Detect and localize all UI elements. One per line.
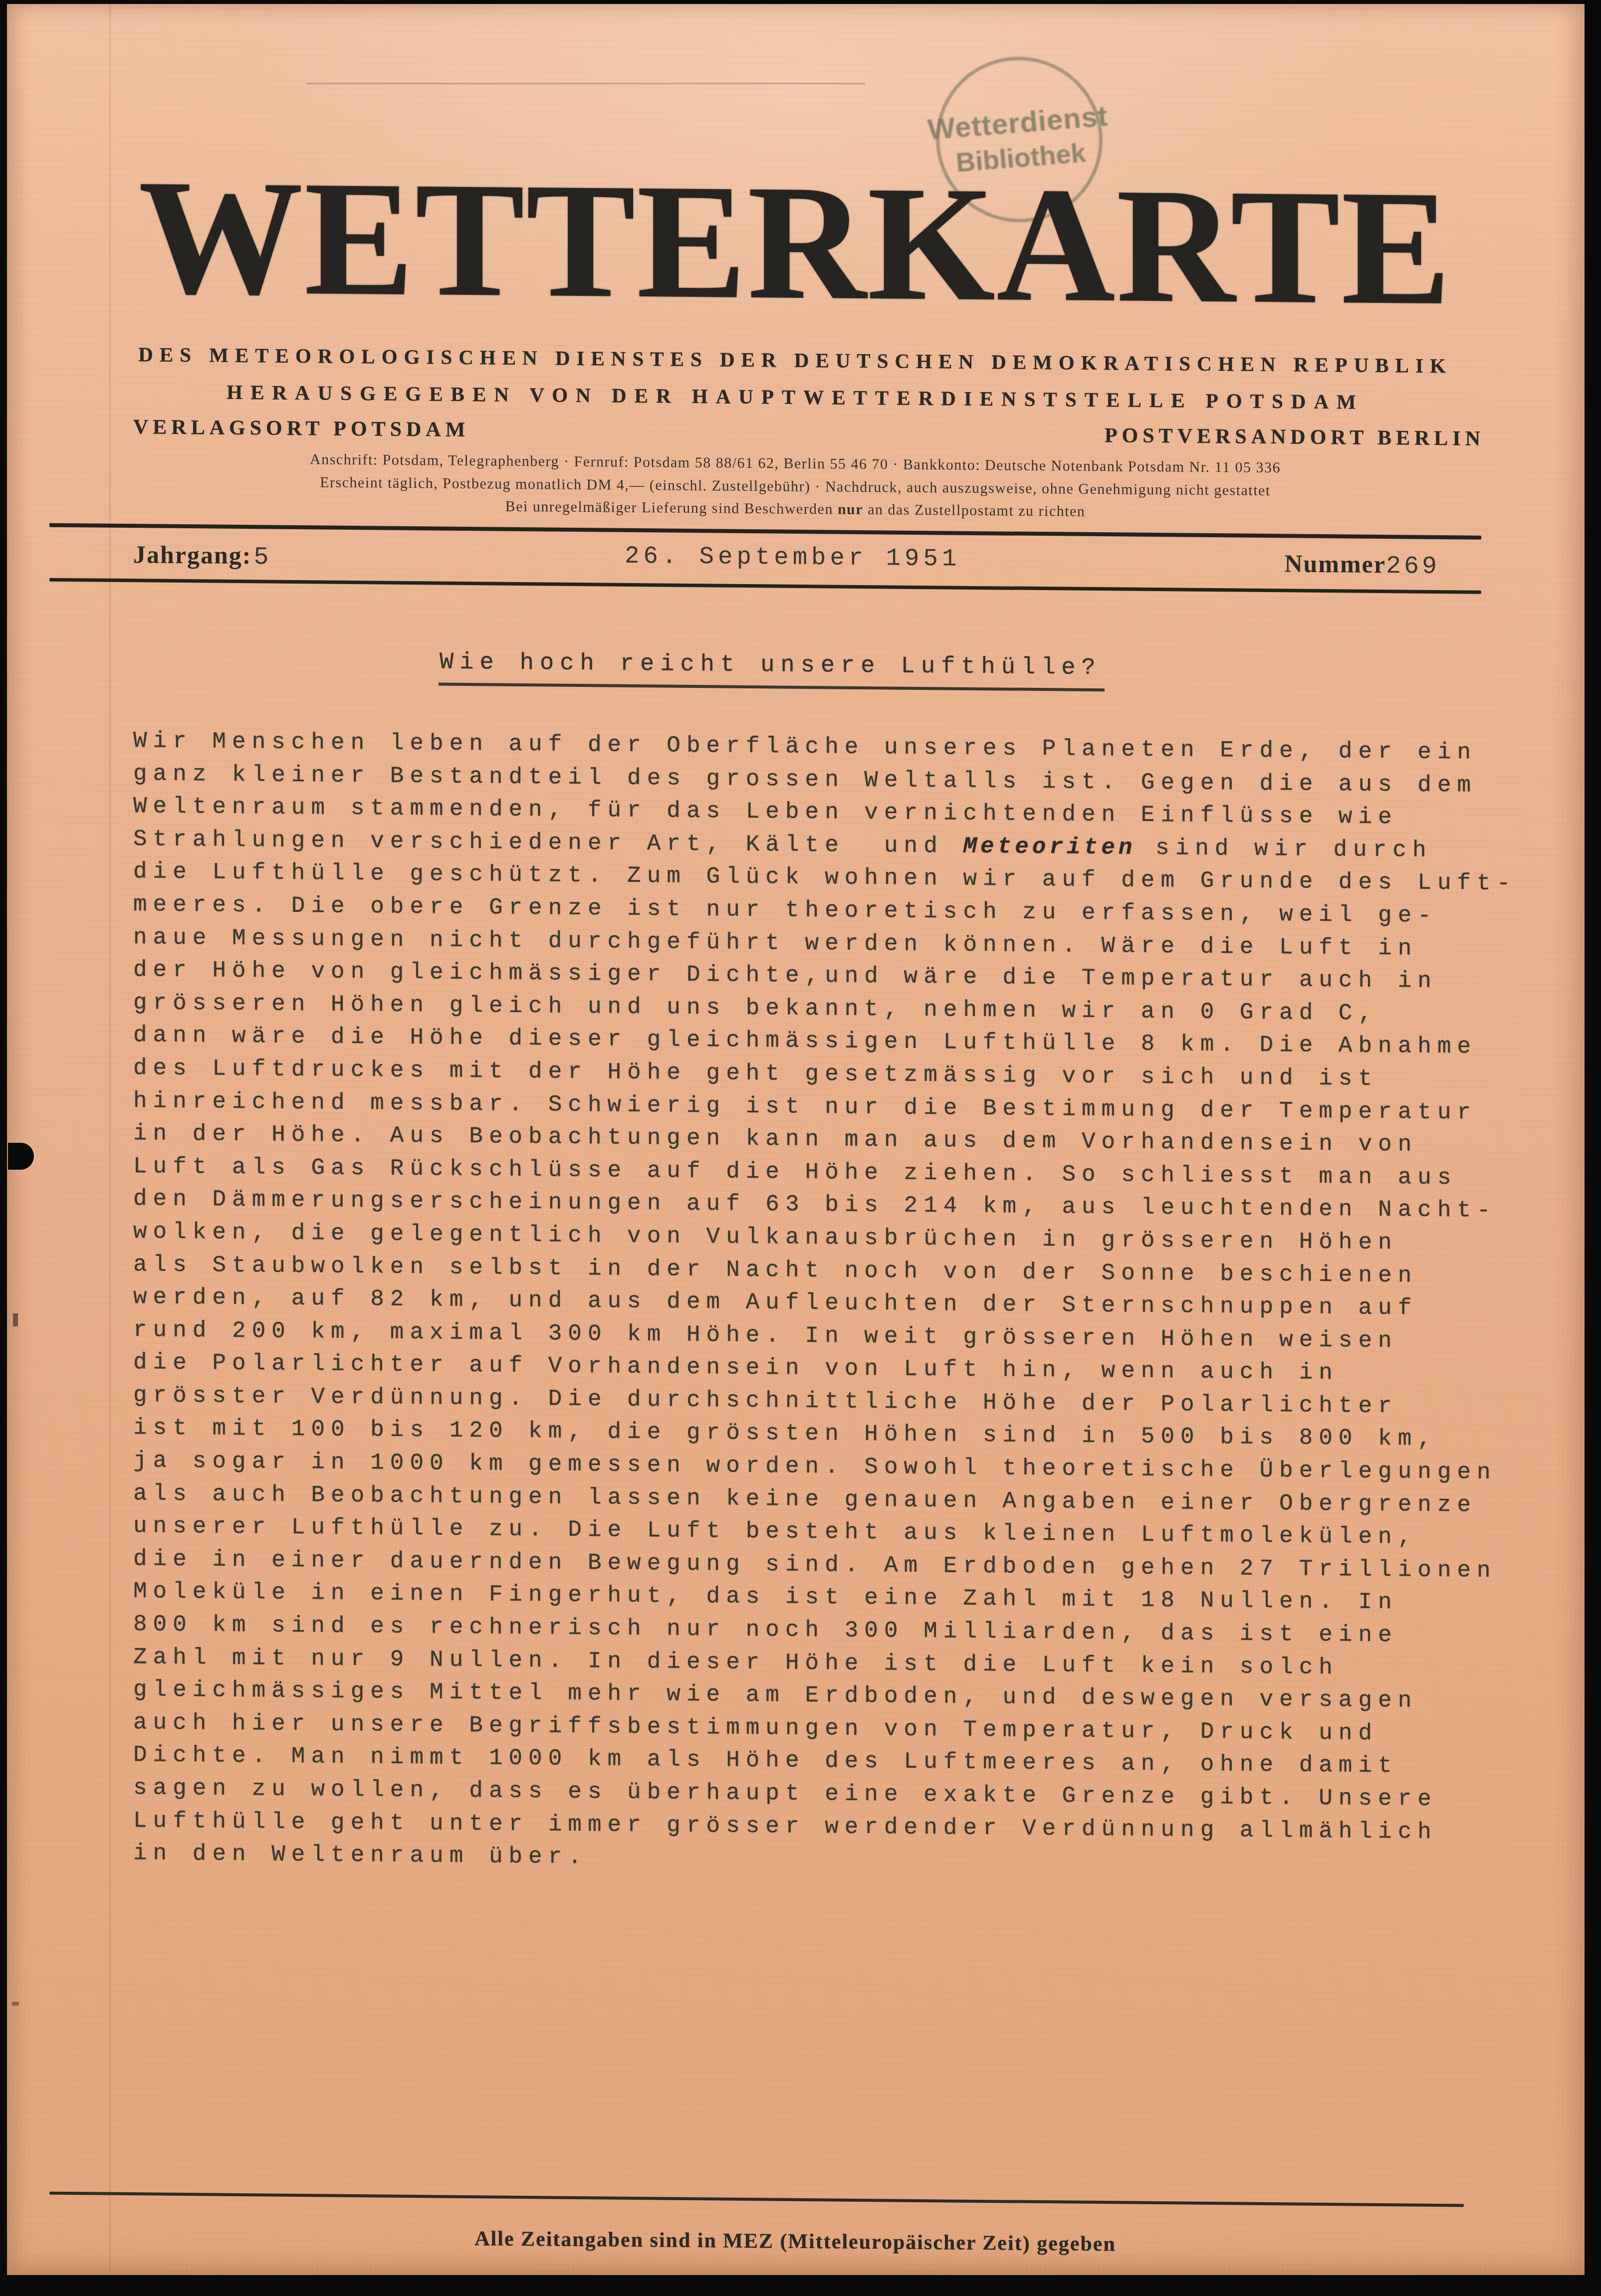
number-label: Nummer: [1284, 549, 1386, 578]
footer-note: Alle Zeitangaben sind in MEZ (Mitteleuro…: [7, 2223, 1584, 2261]
line-text: sind wir durch: [1136, 835, 1432, 863]
line-text: in den Weltenraum über.: [133, 1840, 588, 1870]
article-heading: Wie hoch reicht unsere Lufthülle?: [439, 649, 1105, 692]
complaints-bold-word: nur: [838, 501, 863, 518]
newspaper-page: Wetterdienst Bibliothek WETTERKARTE DES …: [7, 4, 1585, 2275]
complaints-suffix: an das Zustellpostamt zu richten: [863, 501, 1085, 520]
emphasized-word: Meteoriten: [963, 834, 1136, 861]
issue-date: 26. September 1951: [625, 542, 960, 573]
number-group: Nummer269: [1284, 549, 1440, 581]
scan-edge-mark-1: [13, 1313, 18, 1326]
page-content: Wetterdienst Bibliothek WETTERKARTE DES …: [7, 4, 1585, 2275]
masthead-subtitle-2: HERAUSGEGEBEN VON DER HAUPTWETTERDIENSTS…: [7, 378, 1584, 416]
publisher-left: VERLAGSORT POTSDAM: [133, 415, 469, 442]
masthead-title: WETTERKARTE: [7, 154, 1584, 332]
footer-rule: [49, 2192, 1464, 2207]
volume-label: Jahrgang:: [133, 540, 251, 569]
volume-value: 5: [253, 543, 271, 572]
scan-edge-notch: [8, 1143, 34, 1170]
scan-edge-mark-2: [12, 2002, 19, 2006]
line-text: Strahlungen verschiedener Art, Kälte und: [133, 826, 963, 859]
issue-bar: Jahrgang: 5 26. September 1951 Nummer269: [133, 535, 1440, 586]
complaints-prefix: Bei unregelmäßiger Lieferung sind Beschw…: [505, 498, 838, 518]
article-body: Wir Menschen leben auf der Oberfläche un…: [133, 725, 1540, 1882]
publisher-right: POSTVERSANDORT BERLIN: [1105, 423, 1485, 451]
publisher-row: VERLAGSORT POTSDAM POSTVERSANDORT BERLIN: [133, 415, 1485, 451]
number-value: 269: [1386, 552, 1440, 581]
volume-group: Jahrgang: 5: [133, 540, 271, 572]
masthead-subtitle-1: DES METEOROLOGISCHEN DIENSTES DER DEUTSC…: [7, 341, 1584, 379]
